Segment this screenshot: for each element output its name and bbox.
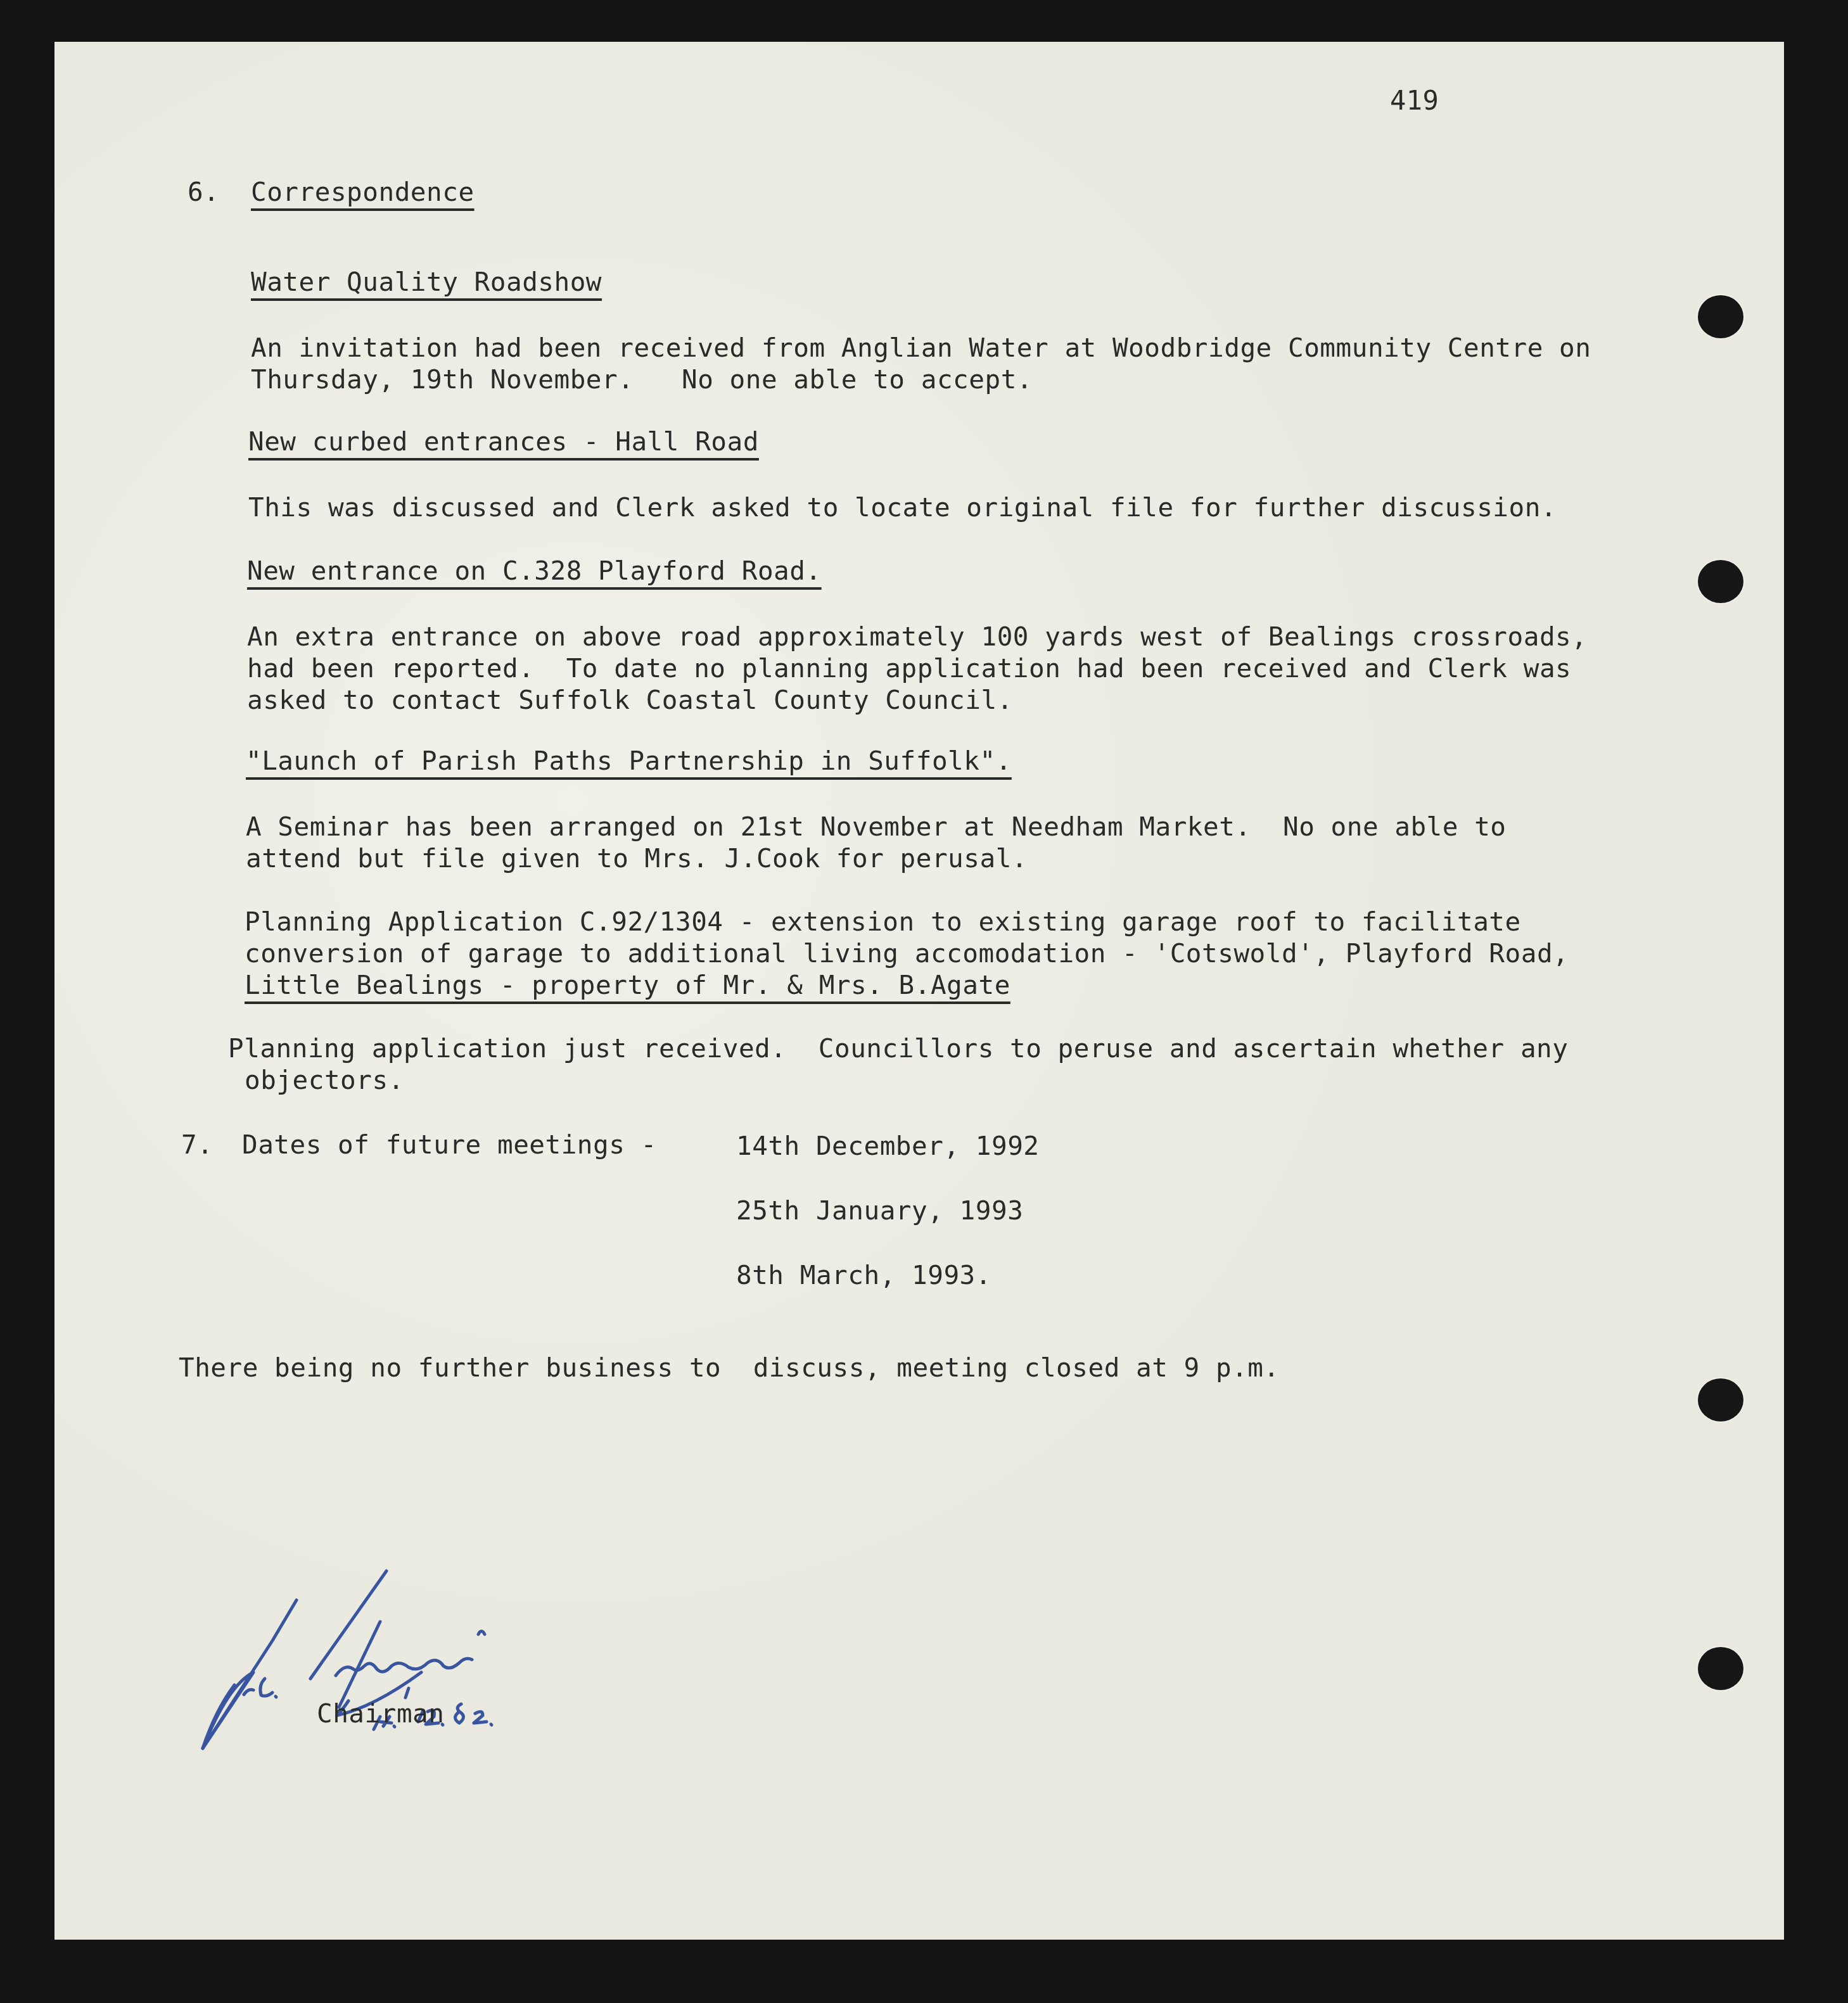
signature-icon [190,1546,735,1761]
item-body-line: An invitation had been received from Ang… [251,332,1591,364]
meeting-date: 25th January, 1993 [736,1195,1023,1226]
section-number: 6. [188,176,219,208]
page-number: 419 [1390,85,1439,117]
item-body-line: A Seminar has been arranged on 21st Nove… [246,811,1507,843]
punch-hole-icon [1698,1647,1743,1690]
item-body-line: Planning application just received. Coun… [228,1033,1568,1064]
section-label: Dates of future meetings - [242,1129,657,1160]
closing-statement: There being no further business to discu… [179,1352,1280,1383]
item-heading: "Launch of Parish Paths Partnership in S… [246,745,1012,777]
meeting-date: 8th March, 1993. [736,1259,991,1291]
signature-role-label: Chairman [317,1698,444,1729]
section-title: Correspondence [251,176,475,208]
item-heading: Water Quality Roadshow [251,266,602,298]
punch-hole-icon [1698,1378,1743,1421]
item-heading: New entrance on C.328 Playford Road. [247,555,822,587]
item-heading-line: conversion of garage to additional livin… [245,938,1569,969]
item-body-line: An extra entrance on above road approxim… [247,621,1587,652]
item-body-line: objectors. [245,1064,404,1096]
punch-hole-icon [1698,295,1743,338]
item-body-line: had been reported. To date no planning a… [247,652,1571,684]
item-heading: New curbed entrances - Hall Road [248,426,759,457]
item-body-line: Thursday, 19th November. No one able to … [251,364,1033,395]
item-body-line: asked to contact Suffolk Coastal County … [247,684,1013,716]
item-body-line: This was discussed and Clerk asked to lo… [248,492,1557,523]
section-number: 7. [181,1129,213,1160]
meeting-date: 14th December, 1992 [736,1130,1040,1162]
item-heading-line: Little Bealings - property of Mr. & Mrs.… [245,969,1010,1001]
item-body-line: attend but file given to Mrs. J.Cook for… [246,843,1028,874]
punch-hole-icon [1698,560,1743,603]
item-heading-line: Planning Application C.92/1304 - extensi… [245,906,1521,938]
